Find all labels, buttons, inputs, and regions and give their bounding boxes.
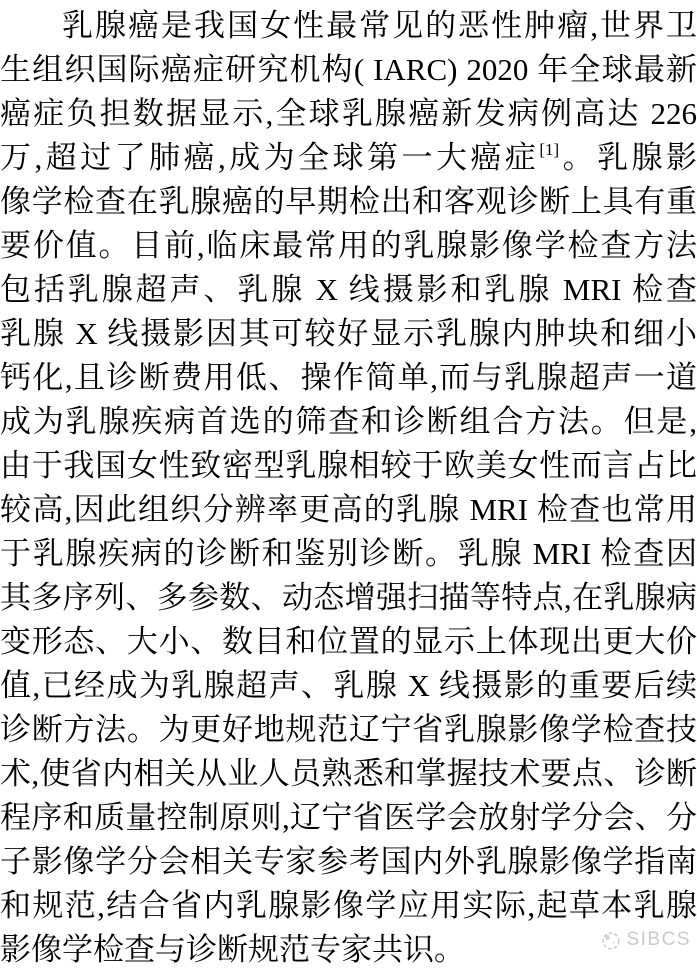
text-line: 乳腺 X 线摄影因其可较好显示乳腺内肿块和细小 <box>0 312 697 356</box>
sibcs-watermark-label: SIBCS <box>626 929 691 951</box>
text-line: 像学检查在乳腺癌的早期检出和客观诊断上具有重 <box>0 180 697 224</box>
text-line: 于乳腺疾病的诊断和鉴别诊断。乳腺 MRI 检查因 <box>0 532 697 576</box>
text-line: 要价值。目前,临床最常用的乳腺影像学检查方法 <box>0 224 697 268</box>
sibcs-logo-icon <box>600 930 621 951</box>
text-line: 较高,因此组织分辨率更高的乳腺 MRI 检查也常用 <box>0 488 697 532</box>
document-page: 乳腺癌是我国女性最常见的恶性肿瘤,世界卫生组织国际癌症研究机构( IARC) 2… <box>0 0 697 973</box>
text-line: 变形态、大小、数目和位置的显示上体现出更大价 <box>0 620 697 664</box>
text-line: 和规范,结合省内乳腺影像学应用实际,起草本乳腺 <box>0 884 697 928</box>
text-line: 子影像学分会相关专家参考国内外乳腺影像学指南 <box>0 840 697 884</box>
text-line: 影像学检查与诊断规范专家共识。 <box>0 928 697 972</box>
text-line: 程序和质量控制原则,辽宁省医学会放射学分会、分 <box>0 796 697 840</box>
text-line: 生组织国际癌症研究机构( IARC) 2020 年全球最新 <box>0 48 697 92</box>
text-line: 其多序列、多参数、动态增强扫描等特点,在乳腺病 <box>0 576 697 620</box>
text-line: 乳腺癌是我国女性最常见的恶性肿瘤,世界卫 <box>0 4 697 48</box>
text-line: 万,超过了肺癌,成为全球第一大癌症[1]。乳腺影 <box>0 136 697 180</box>
sibcs-watermark: SIBCS <box>600 929 691 951</box>
text-line: 成为乳腺疾病首选的筛查和诊断组合方法。但是, <box>0 400 697 444</box>
text-line: 钙化,且诊断费用低、操作简单,而与乳腺超声一道 <box>0 356 697 400</box>
text-line: 包括乳腺超声、乳腺 X 线摄影和乳腺 MRI 检查等。 <box>0 268 697 312</box>
text-line: 诊断方法。为更好地规范辽宁省乳腺影像学检查技 <box>0 708 697 752</box>
text-line: 癌症负担数据显示,全球乳腺癌新发病例高达 226 <box>0 92 697 136</box>
reference-marker: [1] <box>539 140 559 159</box>
text-line: 由于我国女性致密型乳腺相较于欧美女性而言占比 <box>0 444 697 488</box>
body-paragraph: 乳腺癌是我国女性最常见的恶性肿瘤,世界卫生组织国际癌症研究机构( IARC) 2… <box>0 0 697 972</box>
text-line: 值,已经成为乳腺超声、乳腺 X 线摄影的重要后续 <box>0 664 697 708</box>
text-line: 术,使省内相关从业人员熟悉和掌握技术要点、诊断 <box>0 752 697 796</box>
